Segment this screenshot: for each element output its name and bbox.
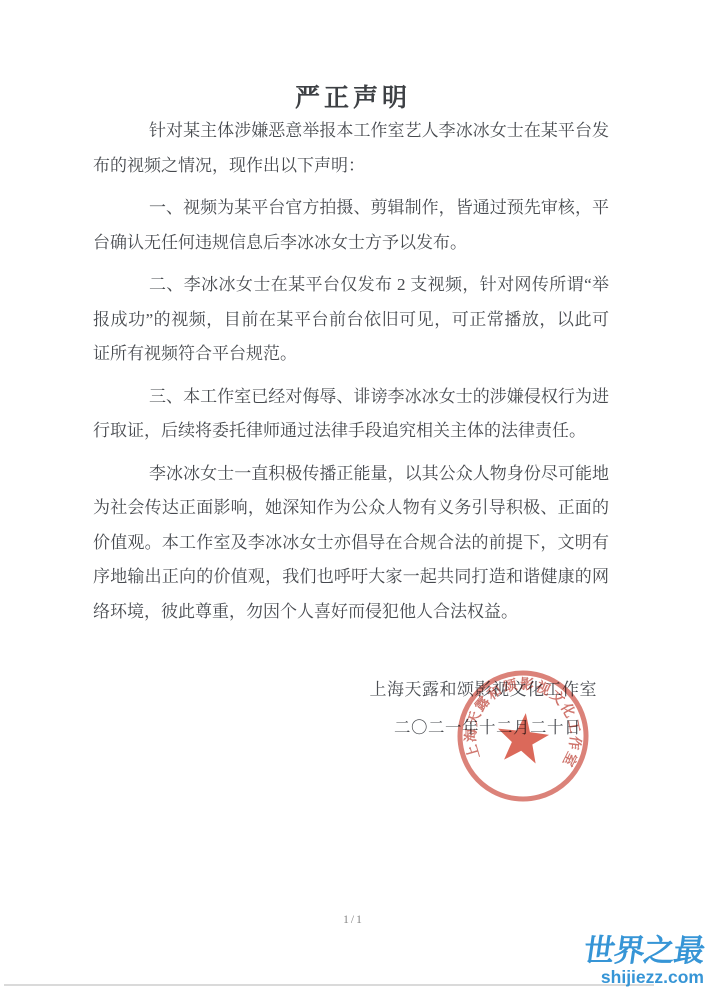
paragraph-intro: 针对某主体涉嫌恶意举报本工作室艺人李冰冰女士在某平台发布的视频之情况，现作出以下… [93, 114, 609, 183]
signature-block: 上海天露和颂影视文化工作室 二〇二一年十二月二十日 [370, 675, 598, 738]
signature-date: 二〇二一年十二月二十日 [370, 714, 598, 738]
statement-body: 针对某主体涉嫌恶意举报本工作室艺人李冰冰女士在某平台发布的视频之情况，现作出以下… [93, 114, 609, 637]
footer-divider [4, 984, 654, 986]
paragraph-item-3: 三、本工作室已经对侮辱、诽谤李冰冰女士的涉嫌侵权行为进行取证，后续将委托律师通过… [93, 380, 609, 449]
paragraph-item-1: 一、视频为某平台官方拍摄、剪辑制作，皆通过预先审核，平台确认无任何违规信息后李冰… [93, 191, 609, 260]
paragraph-item-2: 二、李冰冰女士在某平台仅发布 2 支视频，针对网传所谓“举报成功”的视频，目前在… [93, 268, 609, 372]
page-number: 1/1 [0, 914, 707, 926]
watermark-domain-text: shijiezz.com [584, 969, 704, 987]
signature-studio-name: 上海天露和颂影视文化工作室 [370, 675, 598, 700]
watermark-logo-text: 世界之最 [582, 935, 706, 966]
page-title: 严正声明 [93, 78, 613, 114]
site-watermark: 世界之最 shijiezz.com [584, 935, 704, 987]
paragraph-closing: 李冰冰女士一直积极传播正能量，以其公众人物身份尽可能地为社会传达正面影响，她深知… [93, 457, 609, 630]
scanned-statement-page: 严正声明 针对某主体涉嫌恶意举报本工作室艺人李冰冰女士在某平台发布的视频之情况，… [0, 0, 707, 1000]
